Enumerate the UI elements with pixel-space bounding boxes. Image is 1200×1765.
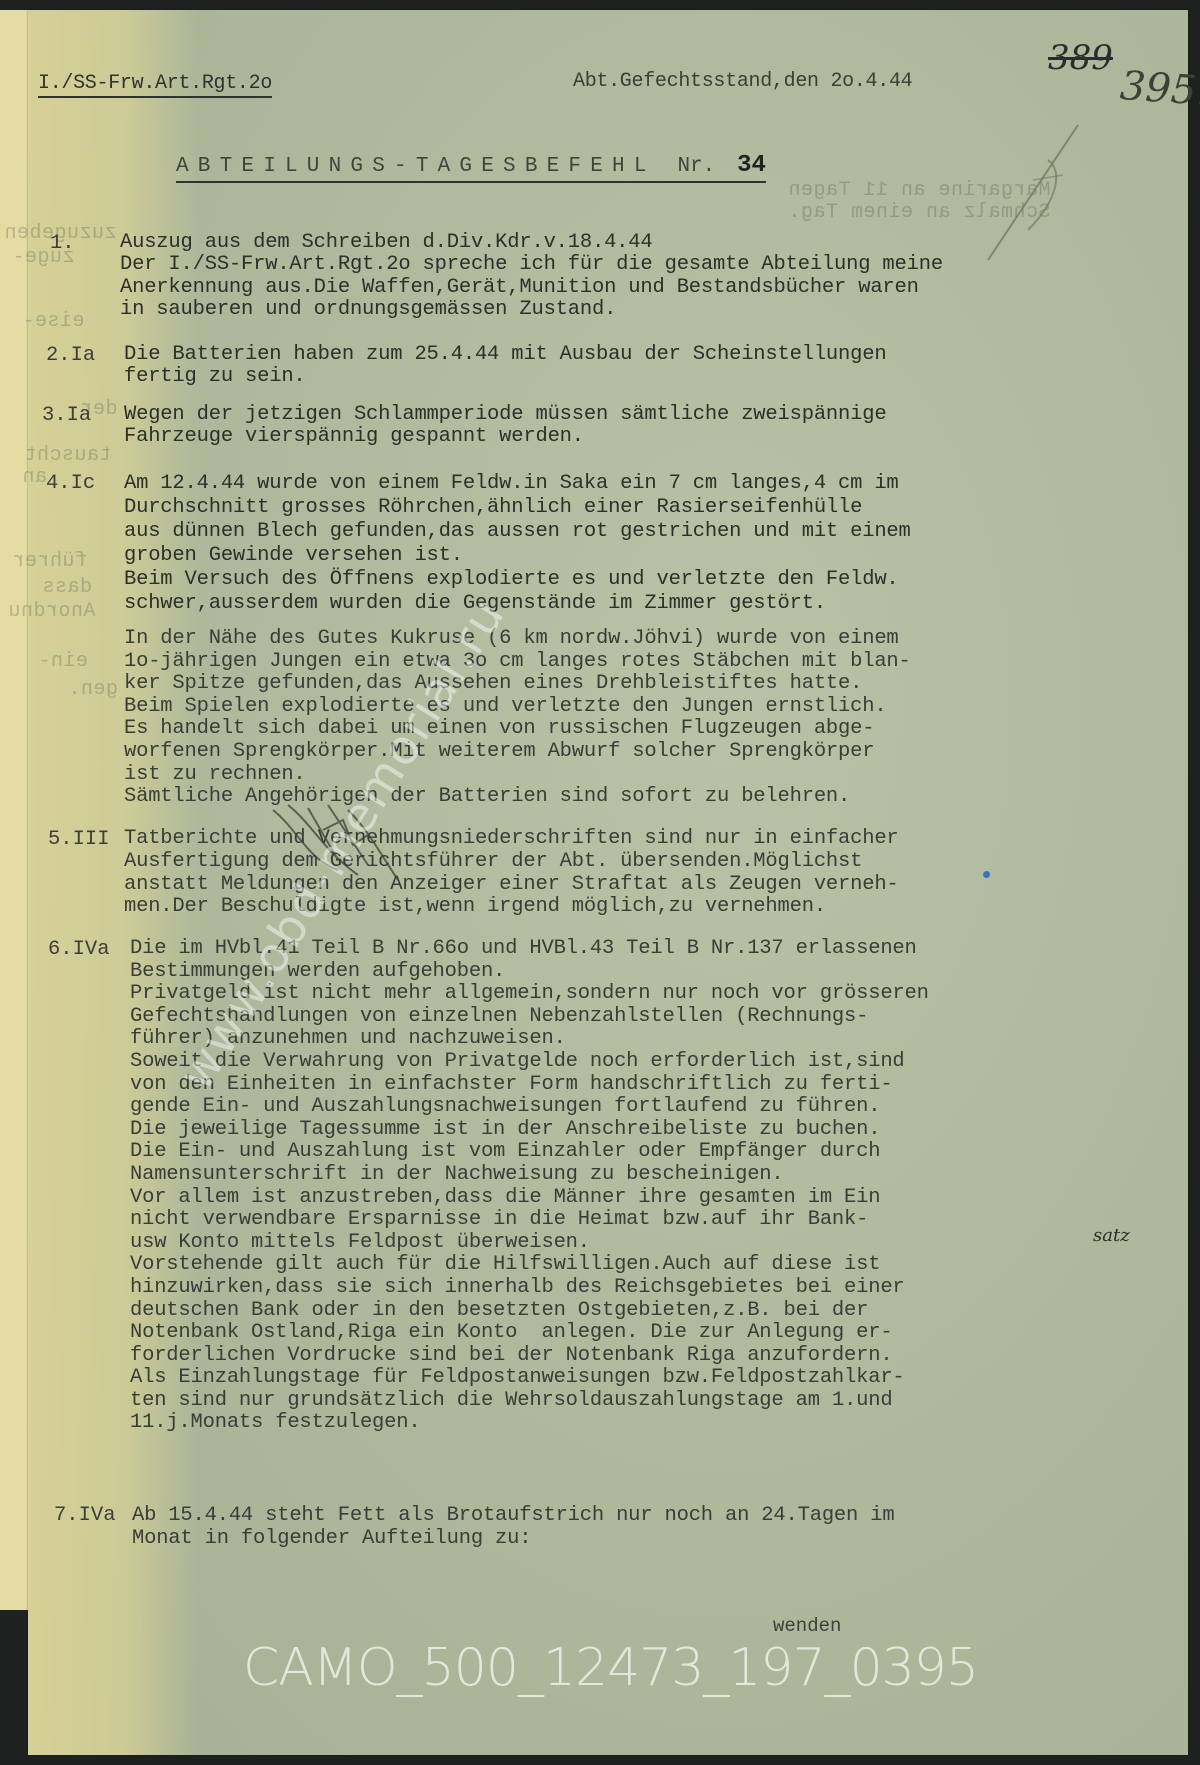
place-date: Abt.Gefechtsstand,den 2o.4.44 bbox=[573, 70, 912, 93]
text-line: aus dünnen Blech gefunden,das aussen rot… bbox=[124, 520, 911, 543]
section-label: 1. bbox=[50, 232, 75, 255]
bleed-line: eise- bbox=[22, 310, 85, 333]
text-line: Vorstehende gilt auch für die Hilfswilli… bbox=[130, 1253, 880, 1276]
text-line: Ab 15.4.44 steht Fett als Brotaufstrich … bbox=[132, 1504, 894, 1527]
text-line: Die Batterien haben zum 25.4.44 mit Ausb… bbox=[124, 343, 886, 366]
section-body: Am 12.4.44 wurde von einem Feldw.in Saka… bbox=[124, 472, 911, 616]
text-line: Bestimmungen werden aufgehoben. bbox=[130, 960, 505, 983]
text-line: In der Nähe des Gutes Kukruse (6 km nord… bbox=[124, 627, 899, 650]
text-line: in sauberen und ordnungsgemässen Zustand… bbox=[120, 298, 616, 321]
text-line: Beim Spielen explodierte es und verletzt… bbox=[124, 695, 886, 718]
text-line: Fahrzeuge vierspännig gespannt werden. bbox=[124, 425, 584, 448]
text-line: Die Ein- und Auszahlung ist vom Einzahle… bbox=[130, 1140, 880, 1163]
section-label: 3.Ia bbox=[42, 404, 91, 427]
text-line: ist zu rechnen. bbox=[124, 763, 306, 786]
text-line: fertig zu sein. bbox=[124, 365, 306, 388]
section-label: 7.IVa bbox=[54, 1504, 116, 1527]
text-line: Notenbank Ostland,Riga ein Konto anlegen… bbox=[130, 1321, 892, 1344]
text-line: Sämtliche Angehörigen der Batterien sind… bbox=[124, 785, 850, 808]
section-label: 2.Ia bbox=[46, 344, 95, 367]
bleed-line: führer bbox=[12, 550, 87, 573]
document-page: Margarine an 11 Tagen Schmalz an einem T… bbox=[28, 10, 1188, 1755]
text-line: Tatberichte und Vernehmungsniederschrift… bbox=[124, 827, 899, 850]
text-line: anstatt Meldungen den Anzeiger einer Str… bbox=[124, 873, 899, 896]
section-body-paragraph-2: In der Nähe des Gutes Kukruse (6 km nord… bbox=[124, 628, 911, 809]
document-title: ABTEILUNGS-TAGESBEFEHL Nr. 34 bbox=[176, 152, 766, 183]
bleed-line: ein- bbox=[38, 650, 88, 673]
text-line: 1o-jährigen Jungen ein etwa 3o cm langes… bbox=[124, 650, 911, 673]
unit-designation: I./SS-Frw.Art.Rgt.2o bbox=[38, 72, 272, 98]
section-label: 5.III bbox=[48, 828, 110, 851]
section-body: Auszug aus dem Schreiben d.Div.Kdr.v.18.… bbox=[120, 232, 943, 322]
ink-blue-dot bbox=[983, 871, 990, 878]
text-line: usw Konto mittels Feldpost überweisen. bbox=[130, 1231, 590, 1254]
handwritten-old-page-number: 389 bbox=[1048, 38, 1113, 78]
text-line: deutschen Bank oder in den besetzten Ost… bbox=[130, 1299, 868, 1322]
title-nr-label: Nr. bbox=[677, 155, 715, 178]
text-line: Der I./SS-Frw.Art.Rgt.2o spreche ich für… bbox=[120, 253, 943, 276]
text-line: ten sind nur grundsätzlich die Wehrsolda… bbox=[130, 1389, 892, 1412]
text-line: gende Ein- und Auszahlungsnachweisungen … bbox=[130, 1095, 880, 1118]
text-line: von den Einheiten in einfachster Form ha… bbox=[130, 1073, 892, 1096]
title-text: ABTEILUNGS-TAGESBEFEHL bbox=[176, 155, 656, 178]
text-line: men.Der Beschuldigte ist,wenn irgend mög… bbox=[124, 895, 826, 918]
text-line: Ausfertigung dem Gerichtsführer der Abt.… bbox=[124, 850, 862, 873]
text-line: groben Gewinde versehen ist. bbox=[124, 544, 463, 567]
bleed-line: an bbox=[22, 466, 47, 489]
section-body: Die Batterien haben zum 25.4.44 mit Ausb… bbox=[124, 344, 886, 389]
text-line: ker Spitze gefunden,das Aussehen eines D… bbox=[124, 672, 862, 695]
text-line: Wegen der jetzigen Schlammperiode müssen… bbox=[124, 403, 886, 426]
archive-id-watermark: CAMO_500_12473_197_0395 bbox=[243, 1638, 978, 1698]
section-body: Wegen der jetzigen Schlammperiode müssen… bbox=[124, 404, 886, 449]
title-number: 34 bbox=[737, 152, 766, 179]
text-line: Durchschnitt grosses Röhrchen,ähnlich ei… bbox=[124, 496, 862, 519]
pencil-slash-mark-icon bbox=[968, 120, 1088, 270]
text-line: forderlichen Vordrucke sind bei der Note… bbox=[130, 1344, 892, 1367]
bleed-line: tauscht bbox=[24, 444, 112, 467]
text-line: Namensunterschrift in der Nachweisung zu… bbox=[130, 1163, 784, 1186]
turn-over-note: wenden bbox=[773, 1615, 841, 1637]
section-label: 6.IVa bbox=[48, 938, 110, 961]
text-line: Am 12.4.44 wurde von einem Feldw.in Saka… bbox=[124, 472, 899, 495]
text-line: Anerkennung aus.Die Waffen,Gerät,Munitio… bbox=[120, 276, 919, 299]
bleed-line: Anordnu bbox=[8, 600, 96, 623]
text-line: Beim Versuch des Öffnens explodierte es … bbox=[124, 568, 899, 591]
text-line: hinzuwirken,dass sie sich innerhalb des … bbox=[130, 1276, 905, 1299]
bleed-line: dass bbox=[42, 576, 92, 599]
section-label: 4.Ic bbox=[46, 472, 95, 495]
text-line: 11.j.Monats festzulegen. bbox=[130, 1411, 420, 1434]
text-line: Monat in folgender Aufteilung zu: bbox=[132, 1527, 531, 1550]
text-line: Auszug aus dem Schreiben d.Div.Kdr.v.18.… bbox=[120, 231, 653, 254]
text-line: Soweit die Verwahrung von Privatgelde no… bbox=[130, 1050, 905, 1073]
text-line: Es handelt sich dabei um einen von russi… bbox=[124, 717, 874, 740]
text-line: Die jeweilige Tagessumme ist in der Ansc… bbox=[130, 1118, 880, 1141]
text-line: Vor allem ist anzustreben,dass die Männe… bbox=[130, 1186, 880, 1209]
section-body: Tatberichte und Vernehmungsniederschrift… bbox=[124, 828, 899, 919]
text-line: nicht verwendbare Ersparnisse in die Hei… bbox=[130, 1208, 868, 1231]
handwritten-page-number: 395. bbox=[1119, 63, 1200, 115]
bleed-line: gen. bbox=[68, 678, 118, 701]
text-line: worfenen Sprengkörper.Mit weiterem Abwur… bbox=[124, 740, 874, 763]
text-line: Als Einzahlungstage für Feldpostanweisun… bbox=[130, 1366, 905, 1389]
handwritten-insert: satz bbox=[1093, 1225, 1130, 1246]
section-body: Ab 15.4.44 steht Fett als Brotaufstrich … bbox=[132, 1504, 894, 1550]
